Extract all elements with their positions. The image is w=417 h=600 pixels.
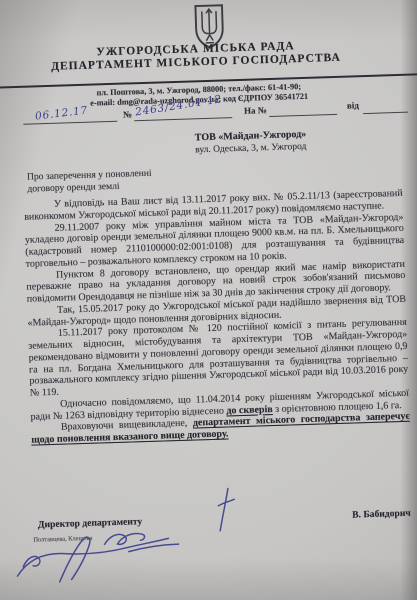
underlined-phrase: до скверів — [226, 404, 273, 416]
reply-number-blank-line — [269, 103, 337, 117]
subject-line2: договору оренди землі — [27, 180, 152, 196]
body-paragraph-5: 15.11.2017 року протоколом № 120 постійн… — [28, 317, 409, 399]
signer-title: Директор департаменту — [38, 516, 143, 530]
bottom-signature-stroke — [23, 556, 40, 567]
from-date-label: від — [347, 100, 359, 110]
letter-body: У відповідь на Ваш лист від 13.11.2017 р… — [24, 188, 411, 447]
recipient-name: ТОВ «Майдан-Ужгород» — [195, 129, 307, 143]
paragraph-text: 15.11.2017 року протоколом № 120 постійн… — [28, 317, 408, 399]
reply-to-label: На № — [244, 105, 267, 116]
bottom-signature-stroke — [16, 538, 169, 576]
bottom-signature-stroke — [129, 544, 179, 552]
recipient-address: вул. Одеська, 3, м. Ужгород — [195, 142, 306, 155]
letter-photo: УЖГОРОДСЬКА МІСЬКА РАДА ДЕПАРТАМЕНТ МІСЬ… — [0, 0, 417, 600]
executors-note: Полтавцева, Клещова — [33, 535, 92, 544]
number-label: № — [123, 109, 132, 119]
signer-name: В. Бабидорич — [352, 508, 411, 521]
director-signature-stroke — [218, 499, 234, 505]
subject-block: Про заперечення у поновленні договору ор… — [27, 168, 152, 196]
from-date-blank-line — [363, 101, 408, 114]
bottom-signature-stroke — [58, 537, 91, 582]
director-signature-stroke — [219, 488, 229, 530]
document-content: УЖГОРОДСЬКА МІСЬКА РАДА ДЕПАРТАМЕНТ МІСЬ… — [0, 0, 417, 600]
executor-signature-squiggle — [104, 533, 144, 545]
